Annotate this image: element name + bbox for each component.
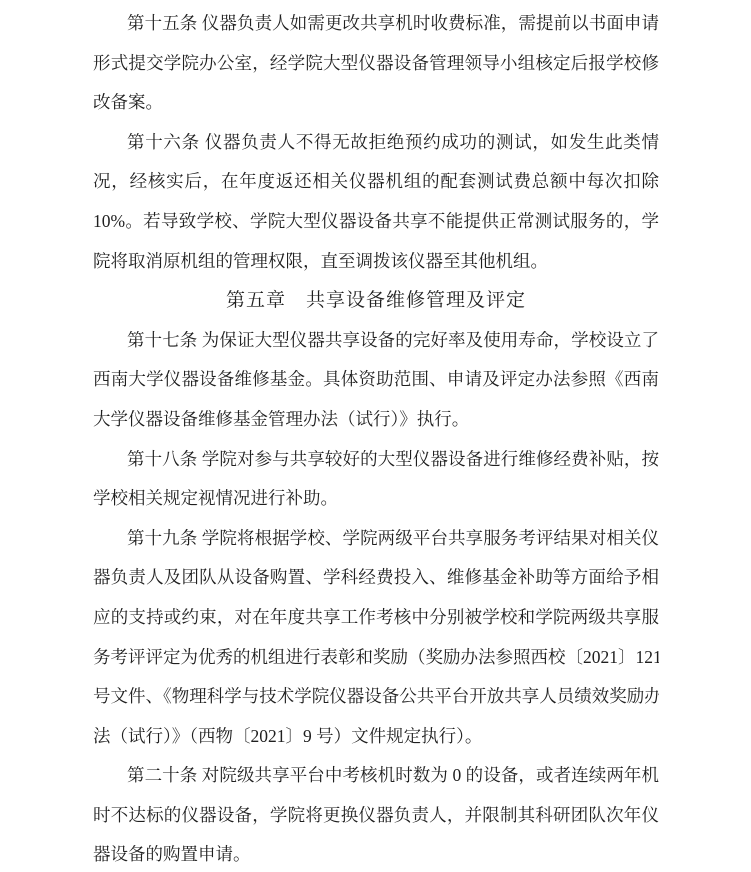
text-line: 第十七条 为保证大型仪器共享设备的完好率及使用寿命，学校设立了 (93, 321, 659, 361)
text-line: 法（试行）》（西物〔2021〕9 号）文件规定执行）。 (93, 717, 659, 757)
paragraph-article-19: 第十九条 学院将根据学校、学院两级平台共享服务考评结果对相关仪 器负责人及团队从… (93, 519, 659, 757)
text-line: 第十六条 仪器负责人不得无故拒绝预约成功的测试，如发生此类情 (93, 123, 659, 163)
chapter-heading-text: 第五章 共享设备维修管理及评定 (93, 281, 659, 321)
chapter-heading: 第五章 共享设备维修管理及评定 (93, 281, 659, 321)
text-line: 务考评评定为优秀的机组进行表彰和奖励（奖励办法参照西校〔2021〕121 (93, 638, 659, 678)
paragraph-article-15: 第十五条 仪器负责人如需更改共享机时收费标准，需提前以书面申请 形式提交学院办公… (93, 4, 659, 123)
paragraph-article-18: 第十八条 学院对参与共享较好的大型仪器设备进行维修经费补贴，按 学校相关规定视情… (93, 440, 659, 519)
text-line: 时不达标的仪器设备，学院将更换仪器负责人，并限制其科研团队次年仪 (93, 796, 659, 836)
text-line: 器设备的购置申请。 (93, 835, 659, 872)
text-line: 大学仪器设备维修基金管理办法（试行）》执行。 (93, 400, 659, 440)
text-line: 院将取消原机组的管理权限，直至调拨该仪器至其他机组。 (93, 242, 659, 282)
text-line: 形式提交学院办公室，经学院大型仪器设备管理领导小组核定后报学校修 (93, 44, 659, 84)
text-line: 10%。若导致学校、学院大型仪器设备共享不能提供正常测试服务的，学 (93, 202, 659, 242)
paragraph-article-17: 第十七条 为保证大型仪器共享设备的完好率及使用寿命，学校设立了 西南大学仪器设备… (93, 321, 659, 440)
text-line: 应的支持或约束，对在年度共享工作考核中分别被学校和学院两级共享服 (93, 598, 659, 638)
document-page: 第十五条 仪器负责人如需更改共享机时收费标准，需提前以书面申请 形式提交学院办公… (0, 0, 751, 872)
text-line: 西南大学仪器设备维修基金。具体资助范围、申请及评定办法参照《西南 (93, 360, 659, 400)
text-line: 号文件、《物理科学与技术学院仪器设备公共平台开放共享人员绩效奖励办 (93, 677, 659, 717)
text-line: 第十五条 仪器负责人如需更改共享机时收费标准，需提前以书面申请 (93, 4, 659, 44)
text-line: 器负责人及团队从设备购置、学科经费投入、维修基金补助等方面给予相 (93, 558, 659, 598)
text-line: 第十八条 学院对参与共享较好的大型仪器设备进行维修经费补贴，按 (93, 440, 659, 480)
paragraph-article-20: 第二十条 对院级共享平台中考核机时数为 0 的设备，或者连续两年机 时不达标的仪… (93, 756, 659, 872)
text-line: 第二十条 对院级共享平台中考核机时数为 0 的设备，或者连续两年机 (93, 756, 659, 796)
text-line: 学校相关规定视情况进行补助。 (93, 479, 659, 519)
text-line: 况，经核实后，在年度返还相关仪器机组的配套测试费总额中每次扣除 (93, 162, 659, 202)
text-line: 第十九条 学院将根据学校、学院两级平台共享服务考评结果对相关仪 (93, 519, 659, 559)
paragraph-article-16: 第十六条 仪器负责人不得无故拒绝预约成功的测试，如发生此类情 况，经核实后，在年… (93, 123, 659, 281)
text-line: 改备案。 (93, 83, 659, 123)
